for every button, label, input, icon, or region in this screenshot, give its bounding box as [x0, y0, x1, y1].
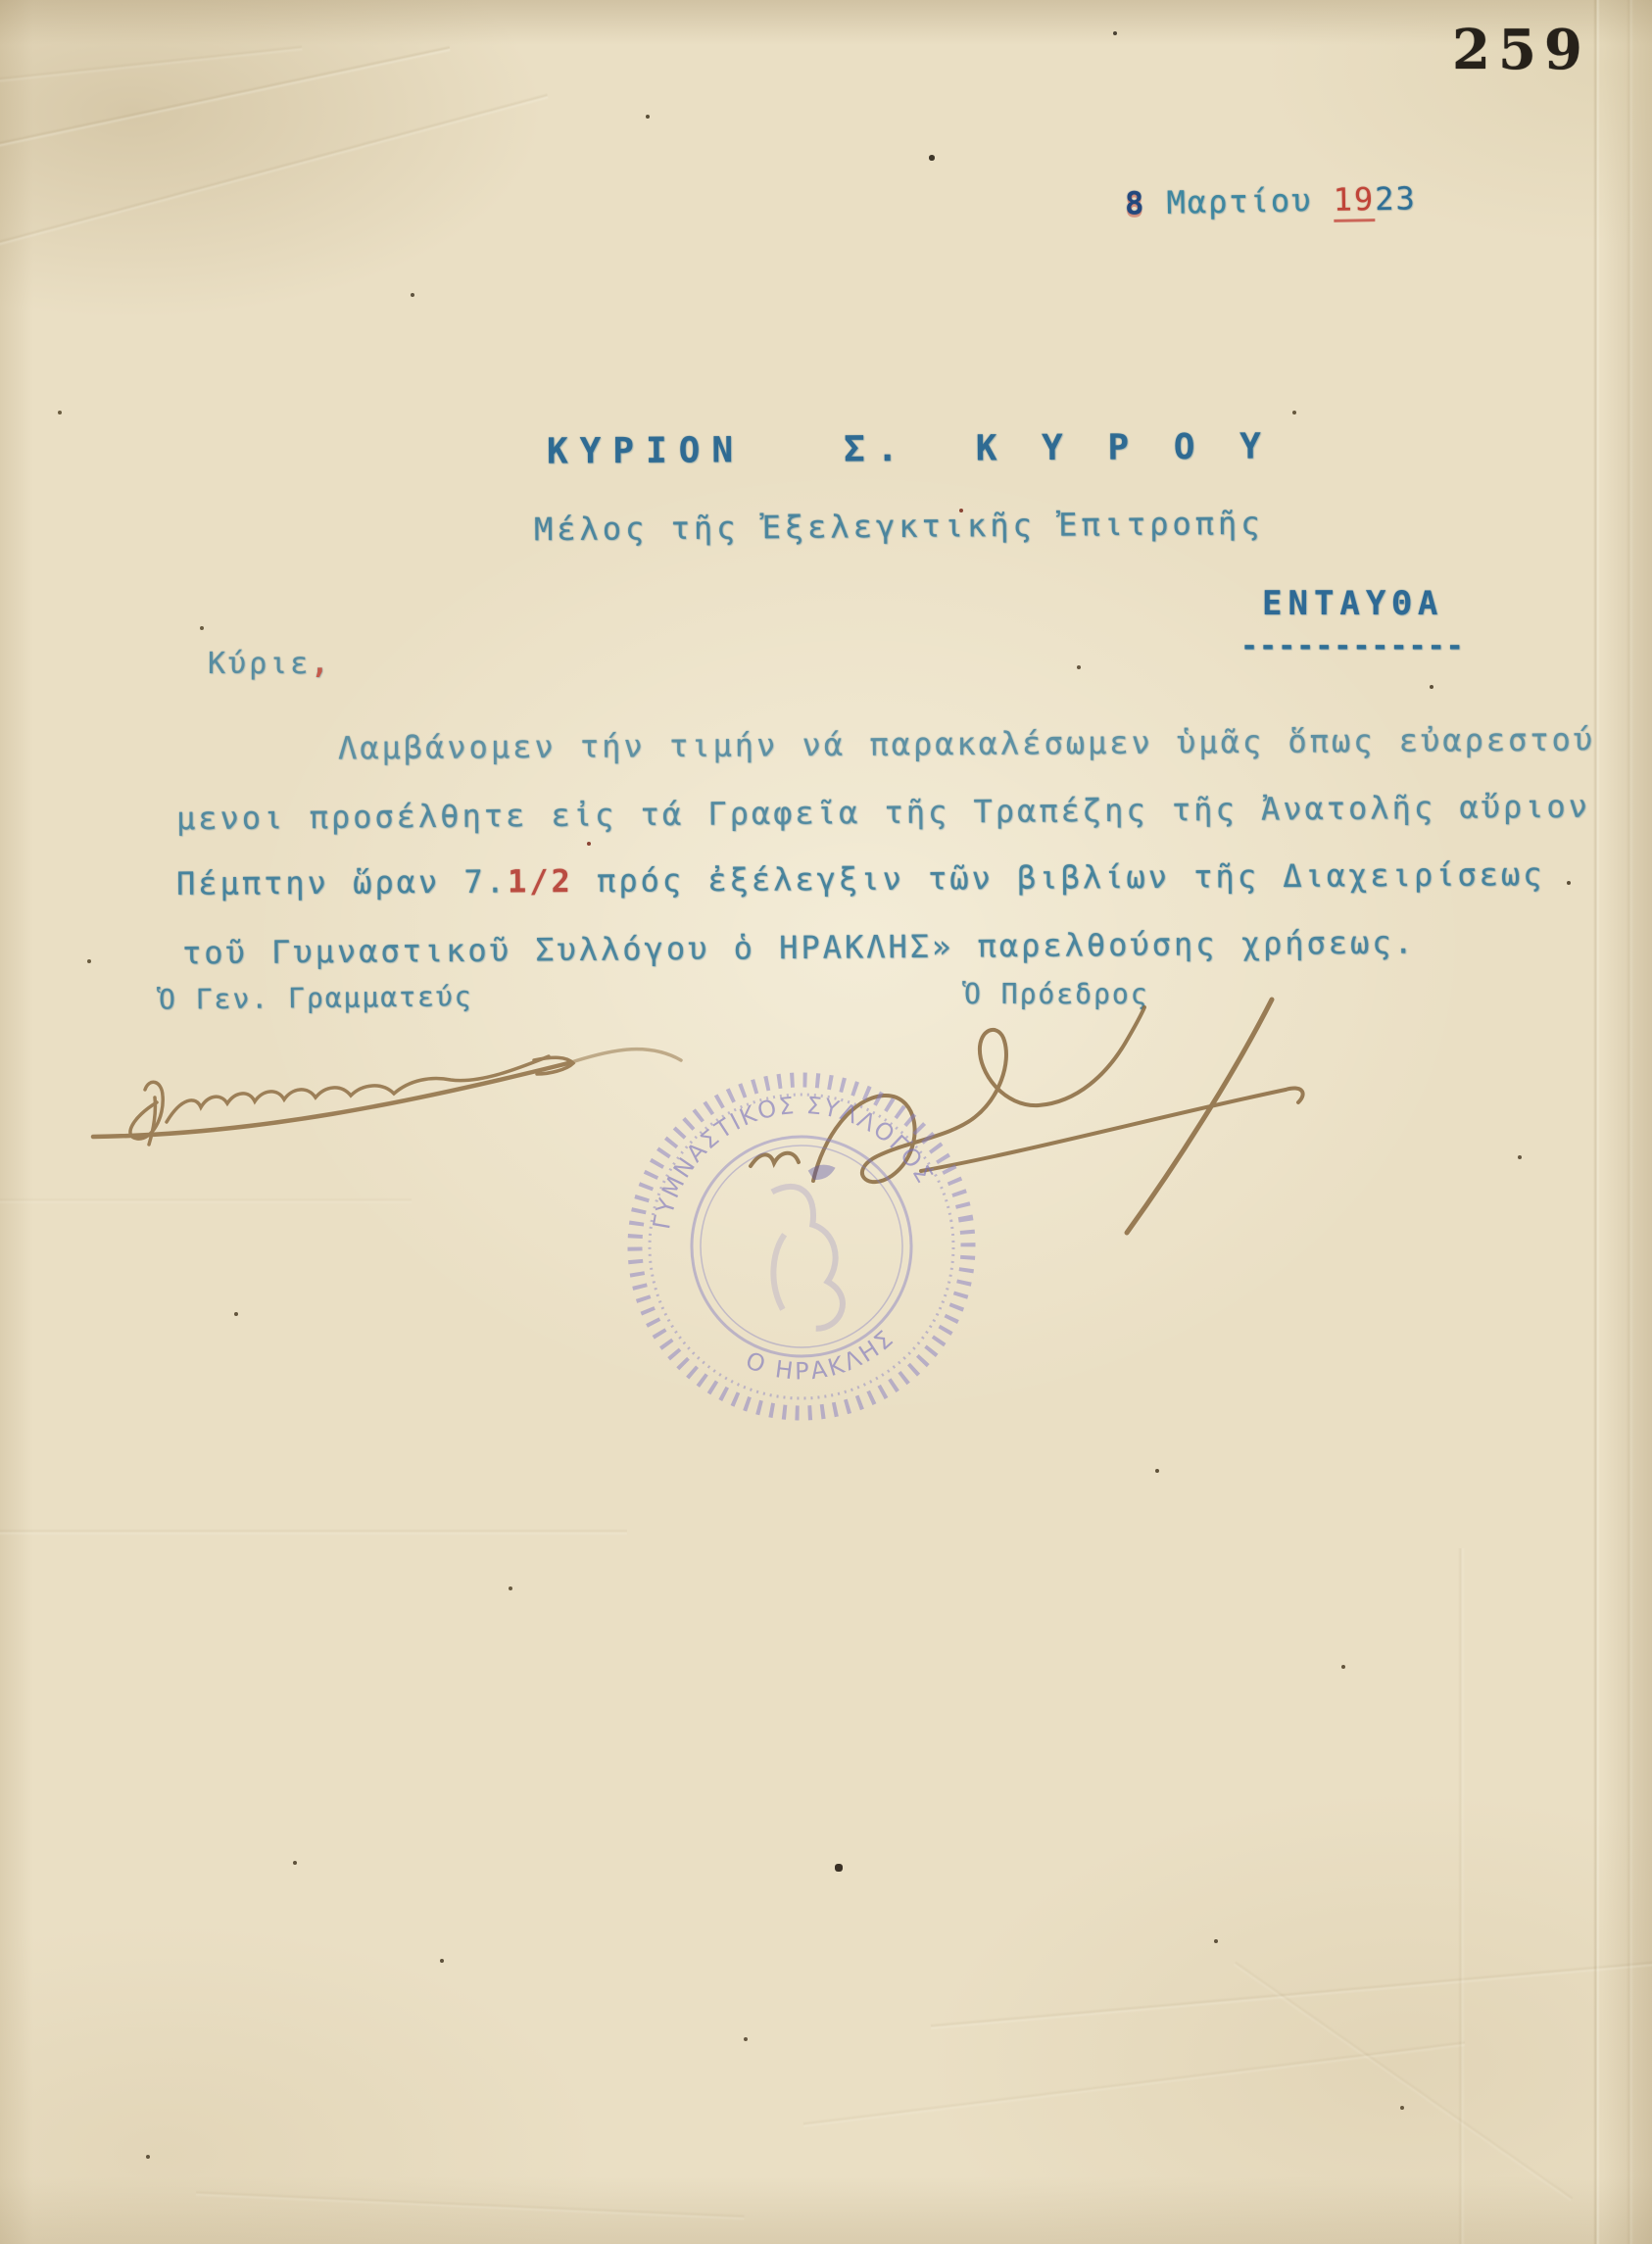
fold-crease: [1458, 1548, 1465, 2244]
recipient-name: ΚΥΡΙΟΝ Σ. Κ Υ Ρ Ο Υ: [547, 426, 1273, 471]
fold-crease: [0, 45, 303, 85]
meeting-time-fraction: 1/2: [508, 862, 573, 900]
recipient-location: ΕΝΤΑΥΘΑ: [1262, 584, 1443, 623]
salutation: Κύριε,: [208, 647, 331, 681]
recipient-role: Μέλος τῆς Ἐξελεγκτικῆς Ἐπιτροπῆς: [534, 505, 1264, 548]
fold-crease: [1593, 0, 1600, 2244]
date-day: 8: [1125, 184, 1146, 221]
stamp-text-top-holder: ΓΥΜΝΑΣΤΙΚΟΣ ΣΥΛΛΟΓΟΣ: [629, 1068, 941, 1236]
scanned-letter-page: 259 8 Μαρτίου 1923 ΚΥΡΙΟΝ Σ. Κ Υ Ρ Ο Υ Μ…: [0, 0, 1652, 2244]
body-line-1: Λαμβάνομεν τήν τιμήν νά παρακαλέσωμεν ὑμ…: [338, 721, 1595, 767]
stamp-center-mark: [807, 1162, 837, 1181]
paper-specks: [0, 0, 2, 2]
salutation-word: Κύριε: [208, 647, 311, 681]
page-number: 259: [1452, 18, 1590, 82]
fold-crease: [196, 2190, 745, 2220]
fold-crease: [0, 93, 549, 257]
stamp-figure: [771, 1181, 848, 1333]
location-underline: ------------: [1240, 629, 1465, 663]
body-line-3-pre: Πέμπτην ὥραν 7.: [176, 863, 508, 902]
club-seal-stamp: ΓΥΜΝΑΣΤΙΚΟΣ ΣΥΛΛΟΓΟΣ Ο ΗΡΑΚΛΗΣ: [586, 1031, 1017, 1462]
date-year-first: 19: [1333, 180, 1375, 222]
body-line-4: τοῦ Γυμναστικοῦ Συλλόγου ὁ ΗΡΑΚΛΗΣ» παρε…: [182, 924, 1416, 972]
stamp-text-top: ΓΥΜΝΑΣΤΙΚΟΣ ΣΥΛΛΟΓΟΣ: [629, 1068, 941, 1236]
stamp-figure-2: [766, 1235, 798, 1310]
fold-crease: [931, 1959, 1652, 2030]
salutation-comma: ,: [311, 647, 331, 681]
body-line-3-post: πρός ἐξέλεγξιν τῶν βιβλίων τῆς Διαχειρίσ…: [573, 855, 1545, 900]
fold-crease: [1627, 0, 1633, 2244]
date-year-last: 23: [1375, 179, 1417, 218]
fold-crease: [1233, 1961, 1574, 2203]
body-line-3: Πέμπτην ὥραν 7.1/2 πρός ἐξέλεγξιν τῶν βι…: [176, 855, 1545, 902]
body-line-2: μενοι προσέλθητε εἰς τά Γραφεῖα τῆς Τραπ…: [176, 788, 1590, 838]
fold-crease: [0, 1529, 627, 1536]
date-line: 8 Μαρτίου 1923: [1125, 179, 1417, 221]
date-month: Μαρτίου: [1166, 181, 1312, 221]
